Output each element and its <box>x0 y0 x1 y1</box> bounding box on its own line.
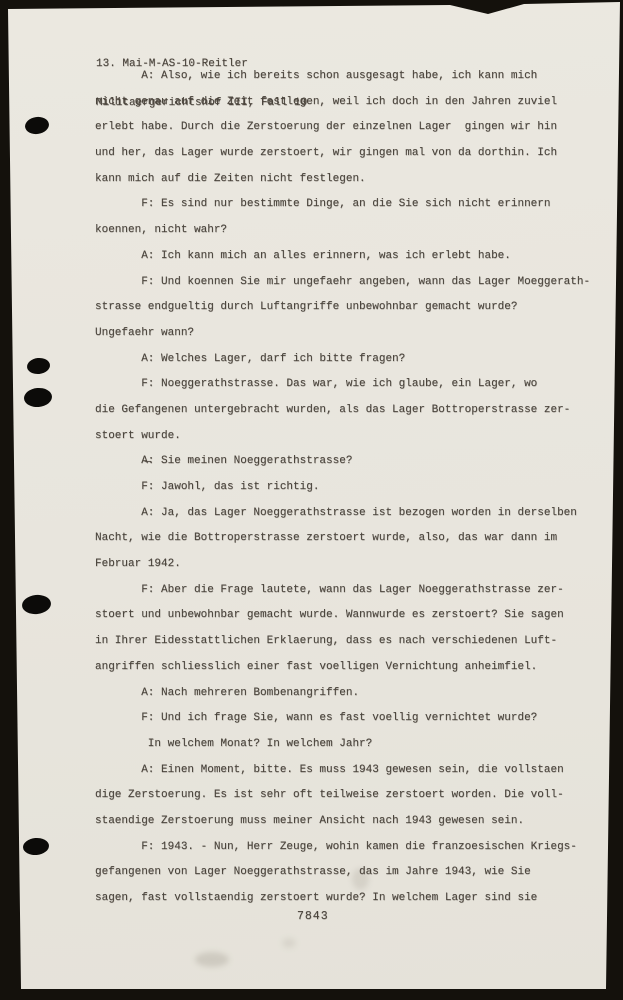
smudge <box>282 938 296 948</box>
text-line: F: Und ich frage Sie, wann es fast voell… <box>95 706 600 732</box>
text-line: A: Einen Moment, bitte. Es muss 1943 gew… <box>95 758 600 784</box>
scanned-page-background: { "page": { "colors": { "background_colo… <box>0 0 623 1000</box>
text-line: staendige Zerstoerung muss meiner Ansich… <box>95 809 600 835</box>
text-line: Ungefaehr wann? <box>95 321 600 347</box>
text-line: F: Jawohl, das ist richtig. <box>95 475 600 501</box>
text-line: die Gefangenen untergebracht wurden, als… <box>95 398 600 424</box>
text-line: koennen, nicht wahr? <box>95 218 600 244</box>
text-line: A: Also, wie ich bereits schon ausgesagt… <box>95 64 600 90</box>
text-line: F: Und koennen Sie mir ungefaehr angeben… <box>95 270 600 296</box>
text-line: nicht genau auf die Zeit festlegen, weil… <box>95 90 600 116</box>
smudge <box>195 952 229 967</box>
text-line: dige Zerstoerung. Es ist sehr oft teilwe… <box>95 783 600 809</box>
text-line: stoert wurde. <box>95 424 600 450</box>
text-line: F: Aber die Frage lautete, wann das Lage… <box>95 578 600 604</box>
text-line: angriffen schliesslich einer fast voelli… <box>95 655 600 681</box>
text-line: A: Welches Lager, darf ich bitte fragen? <box>95 347 600 373</box>
text-line: Nacht, wie die Bottroperstrasse zerstoer… <box>95 526 600 552</box>
text-line: A: Nach mehreren Bombenangriffen. <box>95 681 600 707</box>
text-line: gefangenen von Lager Noeggerathstrasse, … <box>95 860 600 886</box>
text-line: sagen, fast vollstaendig zerstoert wurde… <box>95 886 600 912</box>
text-line: strasse endgueltig durch Luftangriffe un… <box>95 295 600 321</box>
text-line: A: Ich kann mich an alles erinnern, was … <box>95 244 600 270</box>
text-line: Februar 1942. <box>95 552 600 578</box>
text-line: A̶: Sie meinen Noeggerathstrasse? <box>95 449 600 475</box>
text-line: stoert und unbewohnbar gemacht wurde. Wa… <box>95 603 600 629</box>
text-line: in Ihrer Eidesstattlichen Erklaerung, da… <box>95 629 600 655</box>
text-line: und her, das Lager wurde zerstoert, wir … <box>95 141 600 167</box>
text-line: F: 1943. - Nun, Herr Zeuge, wohin kamen … <box>95 835 600 861</box>
text-line: In welchem Monat? In welchem Jahr? <box>95 732 600 758</box>
text-line: A: Ja, das Lager Noeggerathstrasse ist b… <box>95 501 600 527</box>
text-line: kann mich auf die Zeiten nicht festlegen… <box>95 167 600 193</box>
text-line: erlebt habe. Durch die Zerstoerung der e… <box>95 115 600 141</box>
page-number: 7843 <box>297 910 329 923</box>
transcript-body: A: Also, wie ich bereits schon ausgesagt… <box>95 64 600 912</box>
text-line: F: Noeggerathstrasse. Das war, wie ich g… <box>95 372 600 398</box>
text-line: F: Es sind nur bestimmte Dinge, an die S… <box>95 192 600 218</box>
